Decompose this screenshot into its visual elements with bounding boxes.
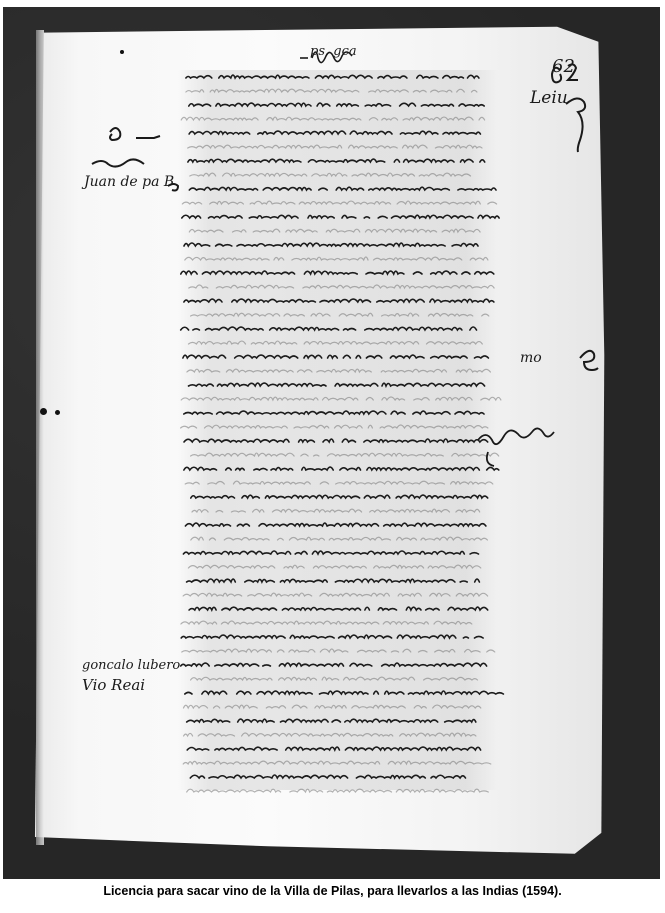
margin-note-left-lower-1: goncalo lubero [82,658,180,673]
margin-note-left-lower-2: Vio Reai [82,676,145,694]
handwriting-strokes [0,0,665,913]
margin-note-middle-right: mo [520,350,542,366]
figure-caption: Licencia para sacar vino de la Villa de … [0,884,665,898]
header-word: ps. gca [310,44,357,59]
folio-number: 62 [552,56,575,77]
margin-note-left-upper: Juan de pa B [84,174,174,190]
margin-note-top-right: Leiu [530,88,568,108]
